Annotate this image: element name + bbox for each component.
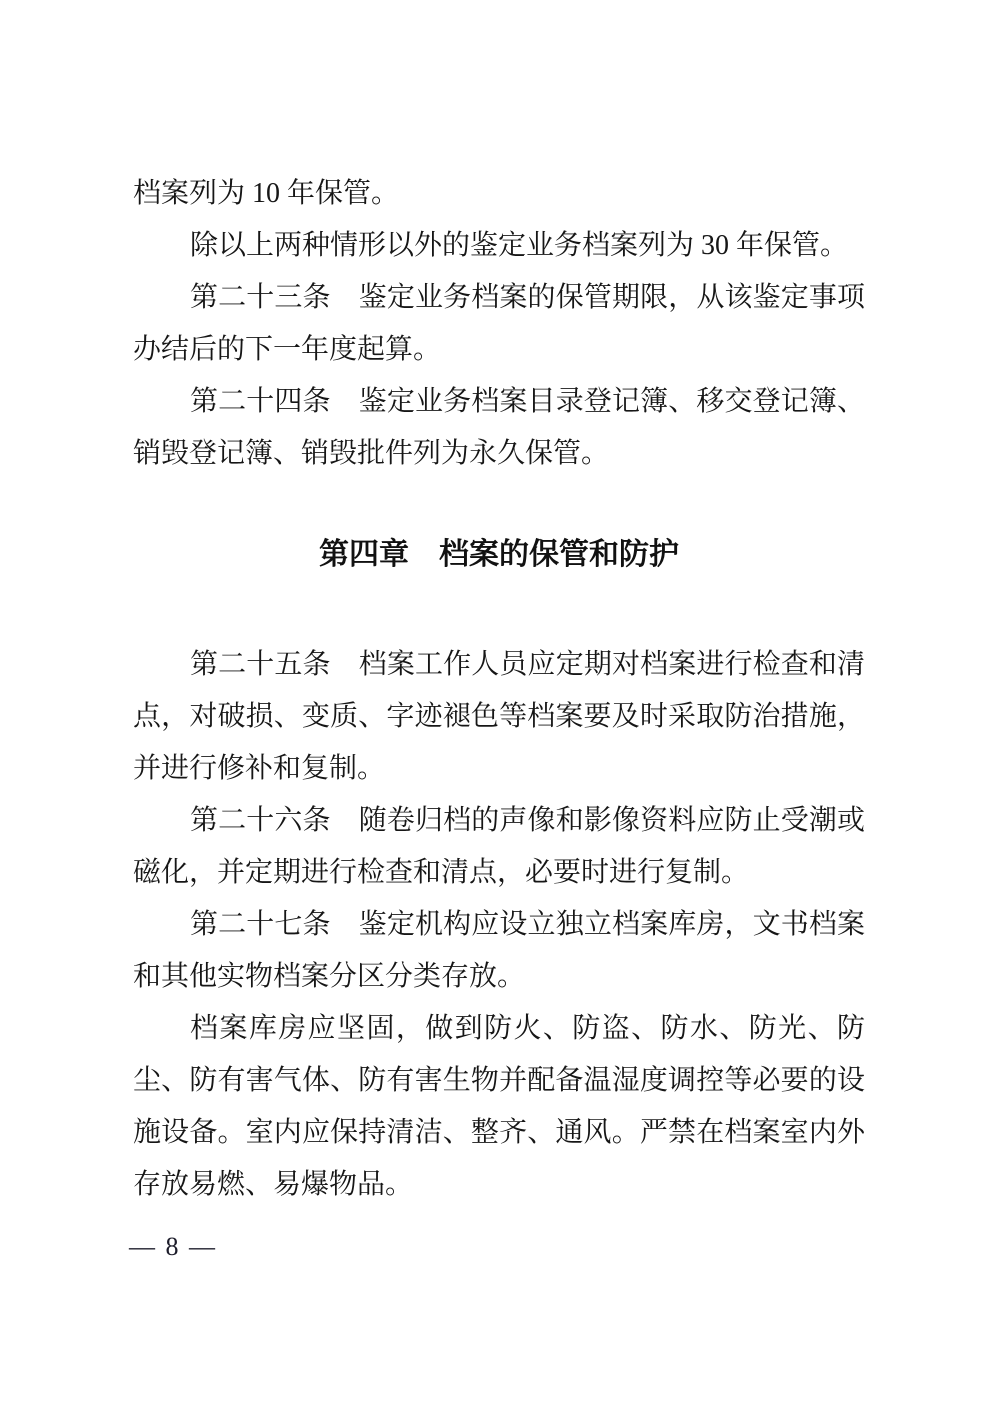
chapter-heading: 第四章 档案的保管和防护 [133,529,865,581]
document-page: 档案列为 10 年保管。 除以上两种情形以外的鉴定业务档案列为 30 年保管。 … [0,0,992,1403]
paragraph: 除以上两种情形以外的鉴定业务档案列为 30 年保管。 [133,220,865,272]
paragraph-article-27: 第二十七条 鉴定机构应设立独立档案库房，文书档案和其他实物档案分区分类存放。 [133,899,865,1003]
paragraph-article-25: 第二十五条 档案工作人员应定期对档案进行检查和清点，对破损、变质、字迹褪色等档案… [133,639,865,795]
paragraph-continuation: 档案列为 10 年保管。 [133,168,865,220]
paragraph-article-26: 第二十六条 随卷归档的声像和影像资料应防止受潮或磁化，并定期进行检查和清点，必要… [133,795,865,899]
paragraph-article-24: 第二十四条 鉴定业务档案目录登记簿、移交登记簿、销毁登记簿、销毁批件列为永久保管… [133,376,865,480]
paragraph-article-23: 第二十三条 鉴定业务档案的保管期限，从该鉴定事项办结后的下一年度起算。 [133,272,865,376]
paragraph: 档案库房应坚固，做到防火、防盗、防水、防光、防尘、防有害气体、防有害生物并配备温… [133,1003,865,1211]
page-number: — 8 — [129,1230,217,1264]
document-body: 档案列为 10 年保管。 除以上两种情形以外的鉴定业务档案列为 30 年保管。 … [133,168,865,1211]
